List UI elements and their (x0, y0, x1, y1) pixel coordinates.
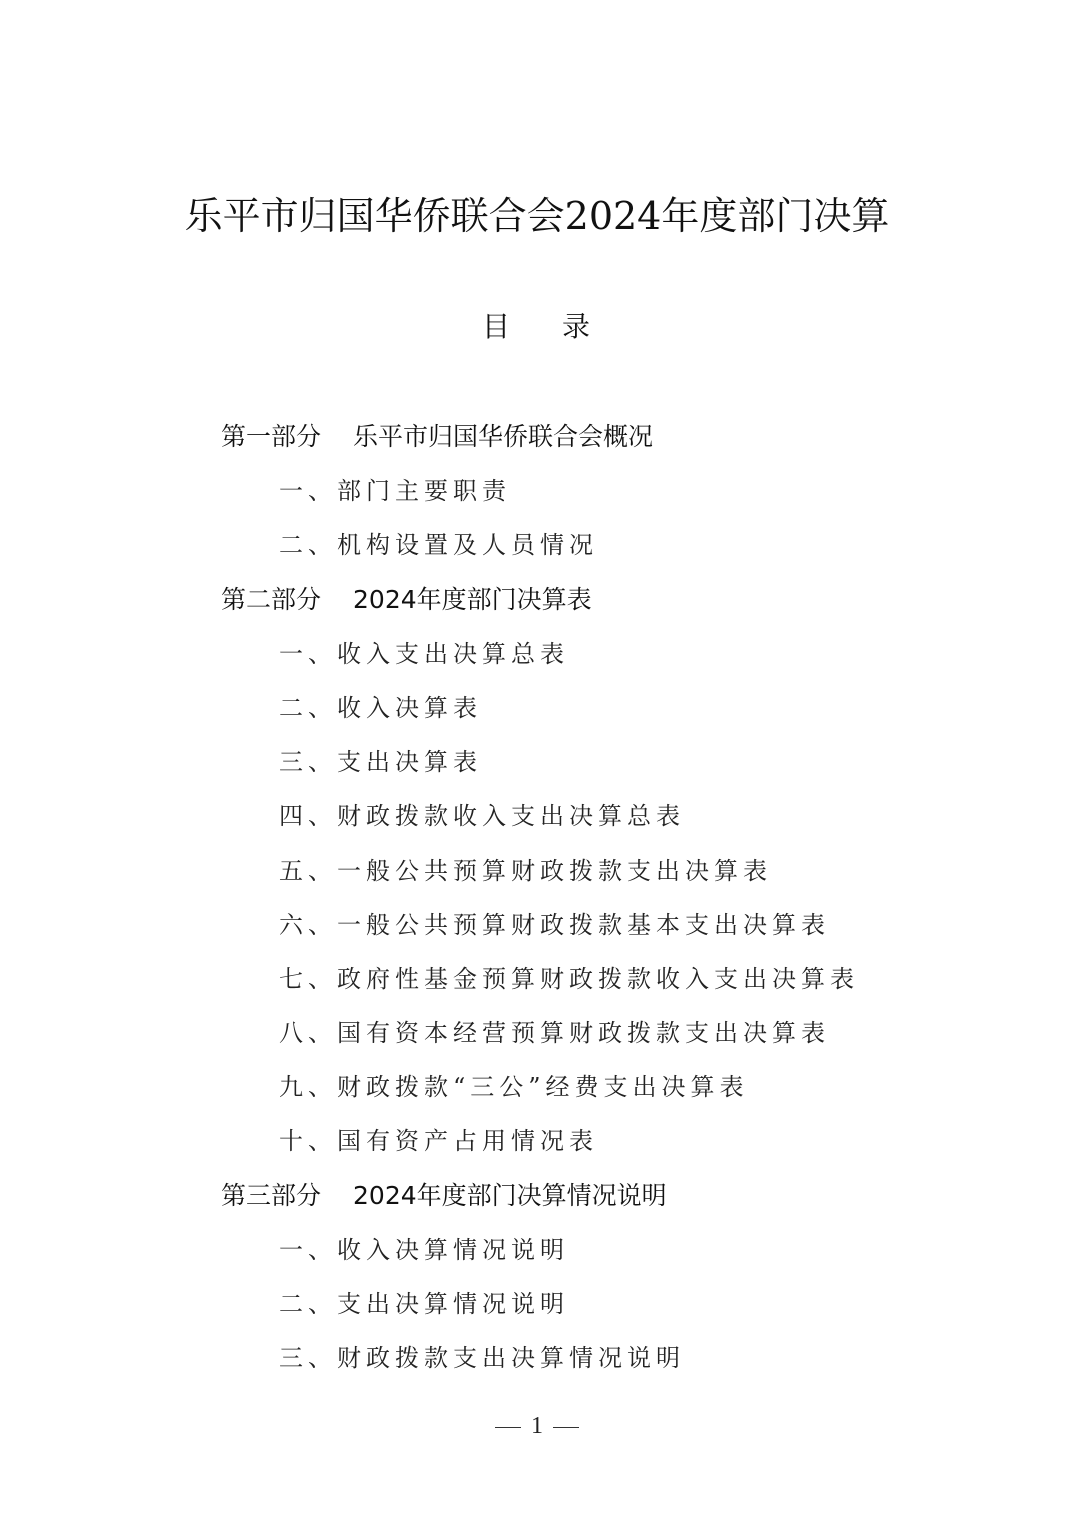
part-title: 乐平市归国华侨联合会概况 (353, 422, 653, 451)
part-label: 第三部分 (221, 1181, 321, 1210)
toc-item[interactable]: 四、财政拨款收入支出决算总表 (221, 789, 981, 843)
document-title: 乐平市归国华侨联合会2024年度部门决算 (0, 186, 1074, 246)
table-of-contents: 第一部分乐平市归国华侨联合会概况 一、部门主要职责 二、机构设置及人员情况 第二… (221, 410, 981, 1385)
toc-item[interactable]: 五、一般公共预算财政拨款支出决算表 (221, 844, 981, 898)
toc-item[interactable]: 三、支出决算表 (221, 735, 981, 789)
part-title: 2024年度部门决算表 (353, 585, 592, 614)
toc-heading: 目录 (0, 305, 1074, 349)
part-title: 2024年度部门决算情况说明 (353, 1181, 667, 1210)
toc-item[interactable]: 九、财政拨款“三公”经费支出决算表 (221, 1060, 981, 1114)
toc-item[interactable]: 七、政府性基金预算财政拨款收入支出决算表 (221, 952, 981, 1006)
toc-item[interactable]: 一、收入支出决算总表 (221, 627, 981, 681)
part-label: 第二部分 (221, 585, 321, 614)
dash-left (495, 1427, 521, 1428)
page-number-value: 1 (531, 1413, 543, 1439)
toc-heading-char-2: 录 (562, 310, 592, 343)
toc-item[interactable]: 二、机构设置及人员情况 (221, 518, 981, 572)
toc-item[interactable]: 一、部门主要职责 (221, 464, 981, 518)
part-label: 第一部分 (221, 422, 321, 451)
toc-item[interactable]: 十、国有资产占用情况表 (221, 1114, 981, 1168)
toc-part-2[interactable]: 第二部分2024年度部门决算表 (221, 573, 981, 627)
page-number: 1 (0, 1408, 1074, 1444)
toc-item[interactable]: 三、财政拨款支出决算情况说明 (221, 1331, 981, 1385)
toc-item[interactable]: 二、收入决算表 (221, 681, 981, 735)
toc-part-1[interactable]: 第一部分乐平市归国华侨联合会概况 (221, 410, 981, 464)
toc-item[interactable]: 八、国有资本经营预算财政拨款支出决算表 (221, 1006, 981, 1060)
toc-item[interactable]: 六、一般公共预算财政拨款基本支出决算表 (221, 898, 981, 952)
toc-item[interactable]: 二、支出决算情况说明 (221, 1277, 981, 1331)
dash-right (553, 1427, 579, 1428)
toc-item[interactable]: 一、收入决算情况说明 (221, 1223, 981, 1277)
toc-heading-char-1: 目 (482, 310, 512, 343)
toc-part-3[interactable]: 第三部分2024年度部门决算情况说明 (221, 1169, 981, 1223)
